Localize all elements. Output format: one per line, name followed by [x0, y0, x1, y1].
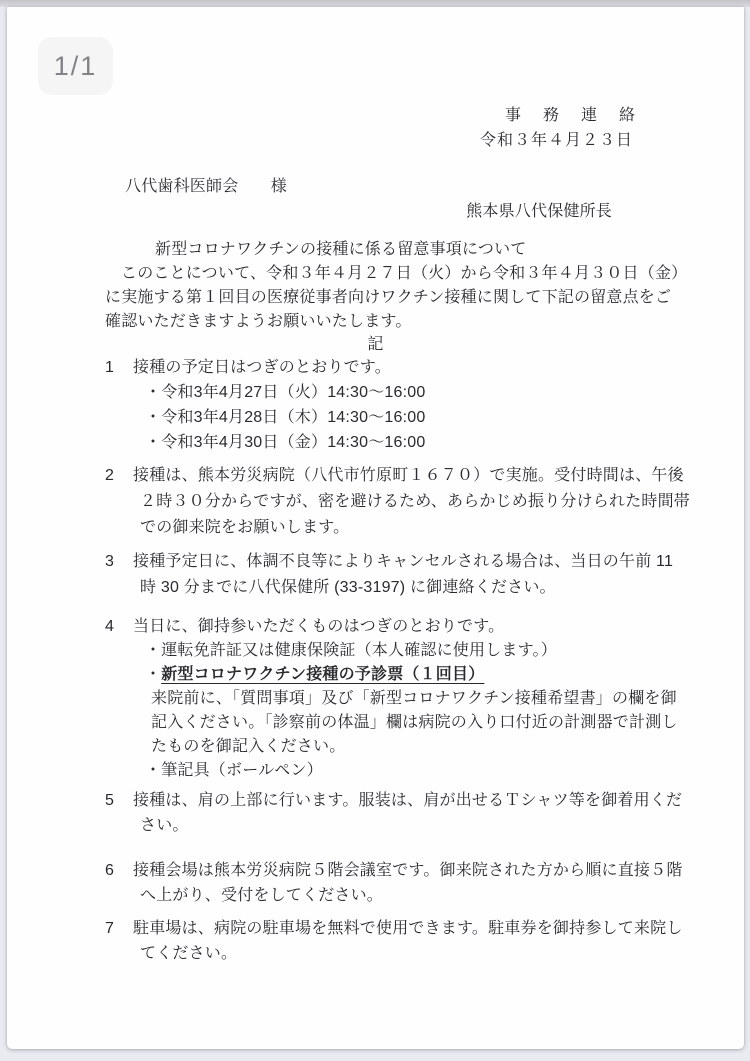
item-line: ２時３０分からですが、密を避けるため、あらかじめ振り分けられた時間帯	[140, 489, 714, 515]
doc-title: 新型コロナワクチンの接種に係る留意事項について	[7, 237, 744, 262]
intro-paragraph: このことについて、令和３年４月２７日（火）から令和３年４月３０日（金） に実施す…	[7, 262, 744, 334]
item-line: 駐車場は、病院の駐車場を無料で使用できます。駐車券を御持参して来院し	[133, 916, 714, 941]
item-line: へ上がり、受付をしてください。	[140, 883, 714, 908]
sender: 熊本県八代保健所長	[7, 199, 744, 224]
item-line: 接種の予定日はつぎのとおりです。	[133, 355, 714, 380]
item-line: 当日に、御持参いただくものはつぎのとおりです。	[133, 615, 714, 639]
intro-line: に実施する第１回目の医療従事者向けワクチン接種に関して下記の留意点をご	[105, 286, 744, 310]
item-line: での御来院をお願いします。	[140, 515, 714, 541]
item-number: 6	[105, 858, 133, 908]
item-line: ・筆記具（ボールペン）	[145, 759, 714, 783]
item-line: 接種は、肩の上部に行います。服装は、肩が出せるＴシャツ等を御着用くだ	[133, 788, 714, 813]
item-line-emphasized: ・新型コロナワクチン接種の予診票（１回目）	[145, 663, 714, 687]
notice-list: 1 接種の予定日はつぎのとおりです。 ・令和3年4月27日（火）14:30～16…	[7, 355, 744, 966]
item-line: 記入ください。「診察前の体温」欄は病院の入り口付近の計測器で計測し	[151, 711, 714, 735]
doc-date: 令和３年４月２３日	[7, 128, 744, 153]
ki-marker: 記	[7, 334, 744, 355]
item-line: ・運転免許証又は健康保険証（本人確認に使用します。）	[145, 639, 714, 663]
item-line: 時 30 分までに八代保健所 (33-3197) に御連絡ください。	[140, 575, 714, 601]
item-line: てください。	[140, 941, 714, 966]
list-item-6: 6 接種会場は熊本労災病院５階会議室です。御来院された方から順に直接５階 へ上が…	[105, 858, 714, 908]
item-number: 7	[105, 916, 133, 966]
item-number: 5	[105, 788, 133, 838]
bullet-marker: ・	[145, 666, 161, 683]
item-line: 接種は、熊本労災病院（八代市竹原町１６７０）で実施。受付時間は、午後	[133, 463, 714, 489]
intro-line: 確認いただきますようお願いいたします。	[105, 310, 744, 334]
item-line: 接種予定日に、体調不良等によりキャンセルされる場合は、当日の午前 11	[133, 549, 714, 575]
intro-line: このことについて、令和３年４月２７日（火）から令和３年４月３０日（金）	[105, 262, 744, 286]
item-number: 1	[105, 355, 133, 455]
emphasized-text: 新型コロナワクチン接種の予診票（１回目）	[161, 666, 490, 683]
list-item-3: 3 接種予定日に、体調不良等によりキャンセルされる場合は、当日の午前 11 時 …	[105, 549, 714, 601]
list-item-4: 4 当日に、御持参いただくものはつぎのとおりです。 ・運転免許証又は健康保険証（…	[105, 615, 714, 783]
item-line: 接種会場は熊本労災病院５階会議室です。御来院された方から順に直接５階	[133, 858, 714, 883]
list-item-5: 5 接種は、肩の上部に行います。服装は、肩が出せるＴシャツ等を御着用くだ さい。	[105, 788, 714, 838]
item-number: 4	[105, 615, 133, 783]
letter-document: 事 務 連 絡 令和３年４月２３日 八代歯科医師会 様 熊本県八代保健所長 新型…	[7, 7, 744, 966]
item-number: 3	[105, 549, 133, 601]
item-number: 2	[105, 463, 133, 541]
list-item-2: 2 接種は、熊本労災病院（八代市竹原町１６７０）で実施。受付時間は、午後 ２時３…	[105, 463, 714, 541]
list-item-7: 7 駐車場は、病院の駐車場を無料で使用できます。駐車券を御持参して来院し てくだ…	[105, 916, 714, 966]
item-line: たものを御記入ください。	[151, 735, 714, 759]
item-line: 来院前に、「質問事項」及び「新型コロナワクチン接種希望書」の欄を御	[151, 687, 714, 711]
list-item-1: 1 接種の予定日はつぎのとおりです。 ・令和3年4月27日（火）14:30～16…	[105, 355, 714, 455]
viewer-background: { "viewer": { "page_indicator": "1/1" },…	[0, 0, 750, 1061]
addressee: 八代歯科医師会 様	[7, 174, 744, 199]
doc-type: 事 務 連 絡	[7, 103, 744, 128]
item-line: ・令和3年4月27日（火）14:30～16:00	[145, 380, 714, 405]
page-surface[interactable]: 1/1 事 務 連 絡 令和３年４月２３日 八代歯科医師会 様 熊本県八代保健所…	[7, 7, 744, 1049]
item-line: ・令和3年4月28日（木）14:30～16:00	[145, 405, 714, 430]
item-line: ・令和3年4月30日（金）14:30～16:00	[145, 430, 714, 455]
item-line: さい。	[140, 813, 714, 838]
page-top-edge	[0, 0, 750, 7]
